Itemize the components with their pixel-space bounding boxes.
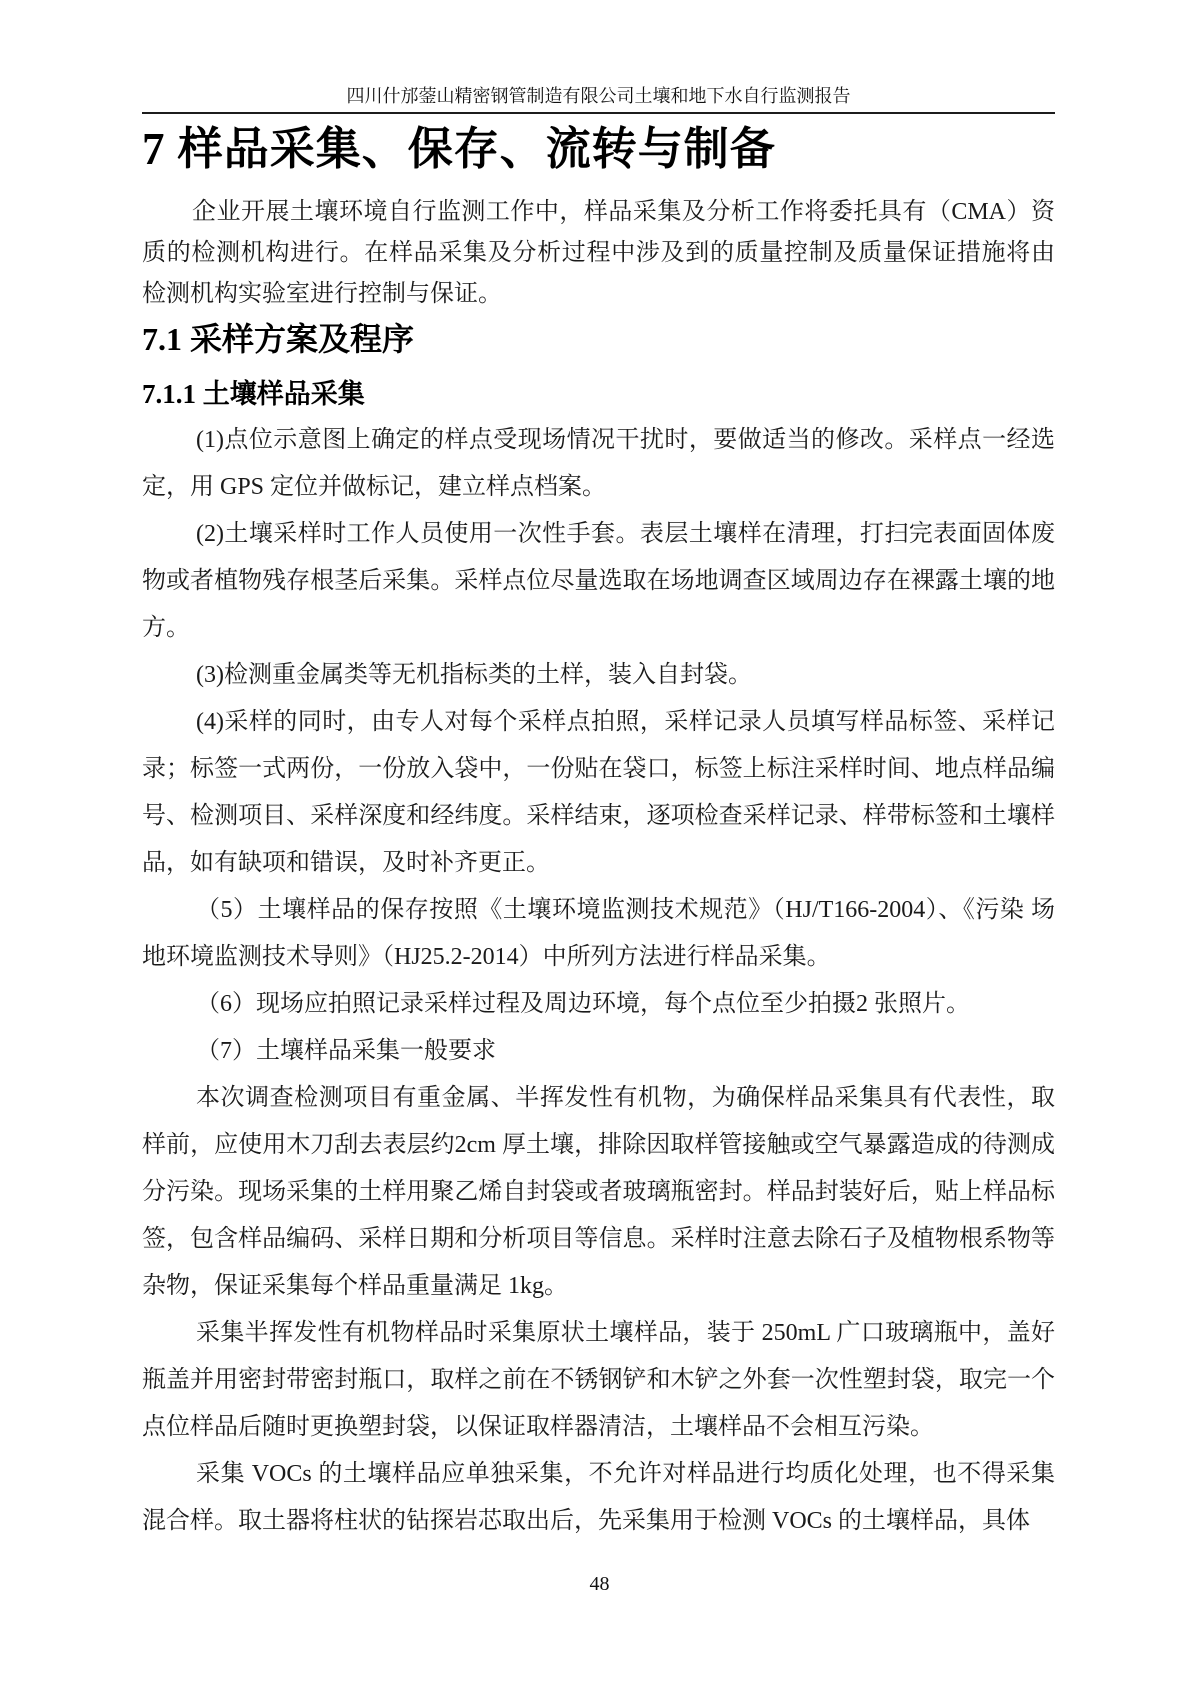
paragraph-item-1: (1)点位示意图上确定的样点受现场情况干扰时，要做适当的修改。采样点一经选定，用… [142,417,1055,511]
paragraph-item-5: （5）土壤样品的保存按照《土壤环境监测技术规范》（HJ/T166-2004）、《… [142,887,1055,981]
paragraph-item-2: (2)土壤采样时工作人员使用一次性手套。表层土壤样在清理，打扫完表面固体废物或者… [142,511,1055,652]
header-divider [142,112,1055,114]
running-header-text: 四川什邡蓥山精密钢管制造有限公司土壤和地下水自行监测报告 [347,86,851,106]
paragraph-svoc-sampling: 采集半挥发性有机物样品时采集原状土壤样品，装于 250mL 广口玻璃瓶中，盖好瓶… [142,1310,1055,1451]
paragraph-item-7: （7）土壤样品采集一般要求 [142,1028,1055,1075]
running-header: 四川什邡蓥山精密钢管制造有限公司土壤和地下水自行监测报告 [142,0,1055,108]
document-page: 四川什邡蓥山精密钢管制造有限公司土壤和地下水自行监测报告 7 样品采集、保存、流… [0,0,1199,1696]
paragraph-item-4: (4)采样的同时，由专人对每个采样点拍照，采样记录人员填写样品标签、采样记录；标… [142,699,1055,887]
body-text-block: (1)点位示意图上确定的样点受现场情况干扰时，要做适当的修改。采样点一经选定，用… [142,417,1055,1545]
paragraph-item-3: (3)检测重金属类等无机指标类的土样，装入自封袋。 [142,652,1055,699]
subsection-heading-7-1-1: 7.1.1 土壤样品采集 [142,375,1055,413]
chapter-title: 7 样品采集、保存、流转与制备 [142,120,1055,178]
section-heading-7-1: 7.1 采样方案及程序 [142,317,1055,361]
content-area: 四川什邡蓥山精密钢管制造有限公司土壤和地下水自行监测报告 7 样品采集、保存、流… [142,0,1055,1545]
paragraph-item-6: （6）现场应拍照记录采样过程及周边环境，每个点位至少拍摄2 张照片。 [142,981,1055,1028]
paragraph-general-requirements: 本次调查检测项目有重金属、半挥发性有机物，为确保样品采集具有代表性，取样前，应使… [142,1075,1055,1310]
page-number: 48 [0,1573,1199,1596]
paragraph-voc-sampling: 采集 VOCs 的土壤样品应单独采集，不允许对样品进行均质化处理，也不得采集混合… [142,1451,1055,1545]
intro-paragraph: 企业开展土壤环境自行监测工作中，样品采集及分析工作将委托具有（CMA）资 质的检… [142,192,1055,315]
